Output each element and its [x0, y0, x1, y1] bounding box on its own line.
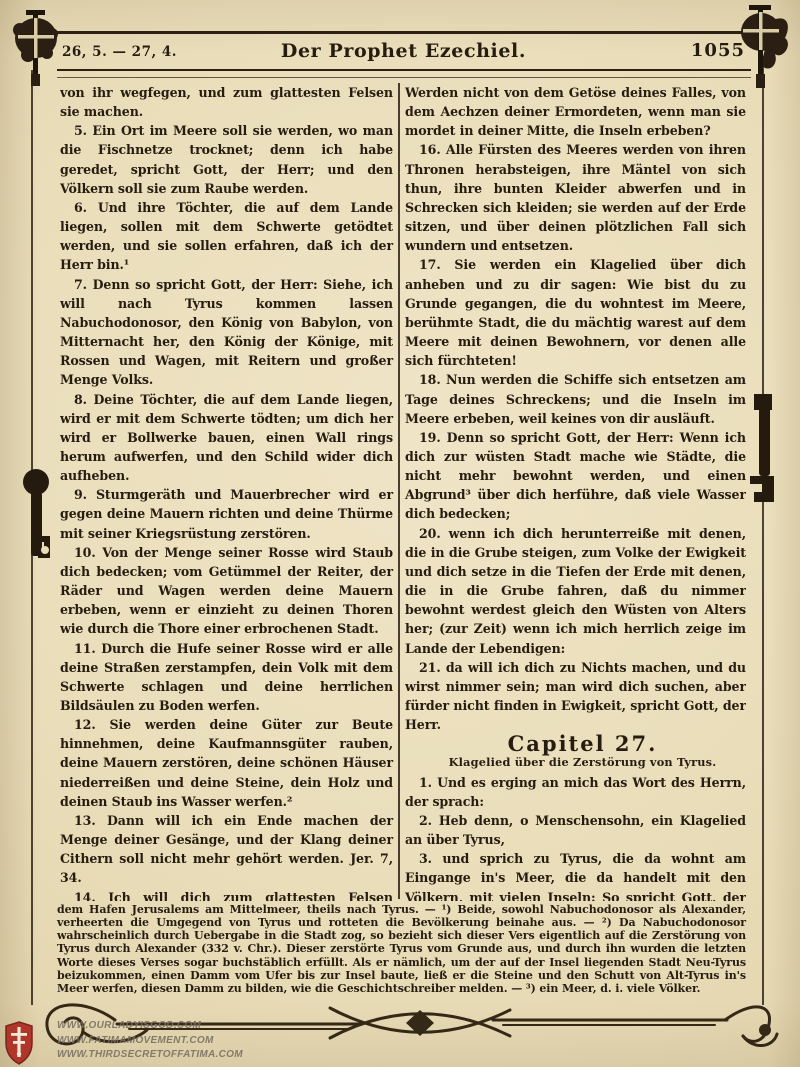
- verse-paragraph: 10. Von der Menge seiner Rosse wird Stau…: [60, 543, 393, 639]
- verse-paragraph: Werden nicht von dem Getöse deines Falle…: [405, 83, 746, 140]
- clasp-ornament-right: [748, 392, 780, 510]
- verse-paragraph: 3. und sprich zu Tyrus, die da wohnt am …: [405, 849, 746, 901]
- verse-paragraph: 9. Sturmgeräth und Mauerbrecher wird er …: [60, 485, 393, 542]
- watermark-url: WWW.THIRDSECRETOFFATIMA.COM: [57, 1048, 243, 1063]
- verse-paragraph: 19. Denn so spricht Gott, der Herr: Wenn…: [405, 428, 746, 524]
- left-column: von ihr wegfegen, und zum glattesten Fel…: [60, 83, 393, 901]
- right-border-line: [762, 60, 764, 1005]
- verse-paragraph: 14. Ich will dich zum glattesten Felsen …: [60, 888, 393, 901]
- chapter-heading: Capitel 27.: [405, 734, 746, 753]
- top-border-rule: [46, 31, 754, 34]
- footnotes-text: dem Hafen Jerusalems am Mittelmeer, thei…: [57, 903, 746, 995]
- page-number: 1055: [691, 40, 745, 61]
- book-page: 26, 5. — 27, 4. Der Prophet Ezechiel. 10…: [0, 0, 800, 1067]
- verse-paragraph: 8. Deine Töchter, die auf dem Lande lieg…: [60, 390, 393, 486]
- chapter-subtitle: Klagelied über die Zerstörung von Tyrus.: [405, 753, 746, 772]
- page-header: 26, 5. — 27, 4. Der Prophet Ezechiel. 10…: [60, 38, 747, 64]
- right-column: Werden nicht von dem Getöse deines Falle…: [405, 83, 746, 901]
- left-border-line: [31, 70, 33, 1005]
- watermark-url: WWW.FATIMAMOVEMENT.COM: [57, 1034, 243, 1049]
- verse-paragraph: 2. Heb denn, o Menschensohn, ein Klageli…: [405, 811, 746, 849]
- verse-paragraph: 12. Sie werden deine Güter zur Beute hin…: [60, 715, 393, 811]
- verse-paragraph: 20. wenn ich dich herunterreiße mit dene…: [405, 524, 746, 658]
- verse-paragraph: 21. da will ich dich zu Nichts machen, u…: [405, 658, 746, 735]
- column-divider-rule: [398, 83, 400, 899]
- verse-paragraph: 11. Durch die Hufe seiner Rosse wird er …: [60, 639, 393, 716]
- watermark-urls: WWW.OURLADYISGOD.COM WWW.FATIMAMOVEMENT.…: [57, 1019, 243, 1063]
- verse-paragraph: 5. Ein Ort im Meere soll sie werden, wo …: [60, 121, 393, 198]
- cross-ornament-top-left: [6, 8, 62, 88]
- page-title: Der Prophet Ezechiel.: [60, 40, 747, 62]
- verse-paragraph: 17. Sie werden ein Klagelied über dich a…: [405, 255, 746, 370]
- watermark-url: WWW.OURLADYISGOD.COM: [57, 1019, 243, 1034]
- clasp-ornament-left: [22, 468, 52, 570]
- verse-paragraph: 16. Alle Fürsten des Meeres werden von i…: [405, 140, 746, 255]
- verse-paragraph: 6. Und ihre Töchter, die auf dem Lande l…: [60, 198, 393, 275]
- verse-paragraph: 18. Nun werden die Schiffe sich entsetze…: [405, 370, 746, 427]
- text-columns: von ihr wegfegen, und zum glattesten Fel…: [60, 83, 746, 901]
- header-underline-rule: [57, 69, 751, 78]
- watermark-shield-icon: [4, 1021, 34, 1065]
- verse-paragraph: 1. Und es erging an mich das Wort des He…: [405, 773, 746, 811]
- verse-paragraph: 13. Dann will ich ein Ende machen der Me…: [60, 811, 393, 888]
- verse-paragraph: von ihr wegfegen, und zum glattesten Fel…: [60, 83, 393, 121]
- verse-paragraph: 7. Denn so spricht Gott, der Herr: Siehe…: [60, 275, 393, 390]
